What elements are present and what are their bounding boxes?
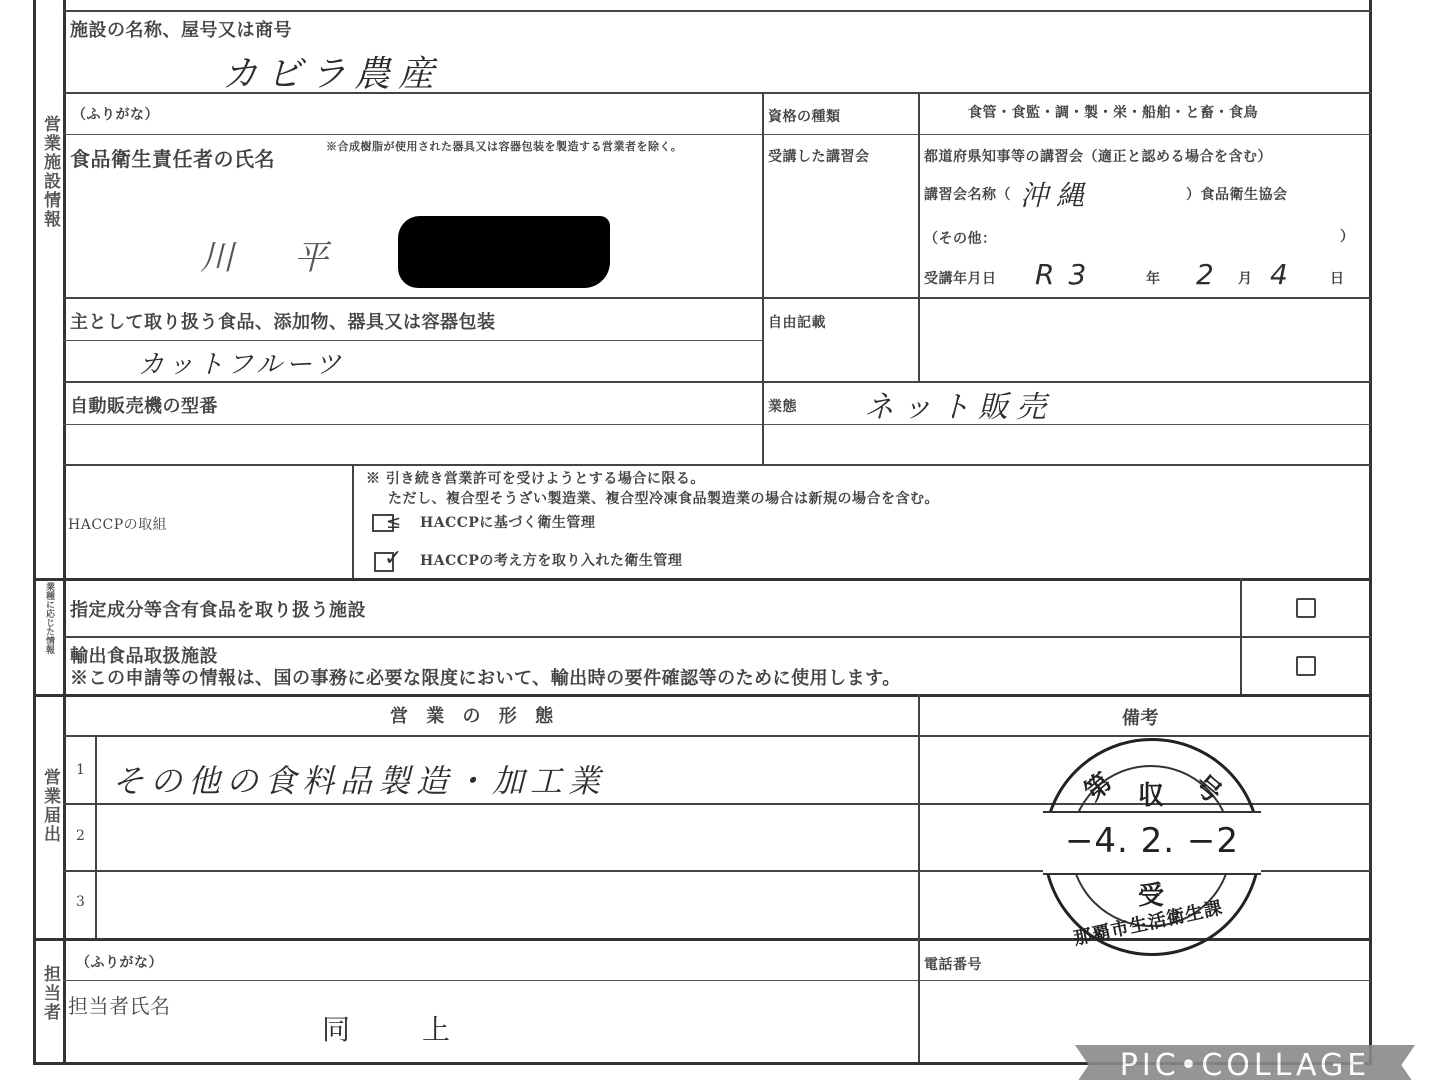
checkmark-icon: ✓ — [384, 546, 402, 571]
course-label: 受講した講習会 — [768, 146, 870, 166]
free-entry-field[interactable] — [922, 300, 1368, 380]
pic-collage-watermark: PIC•COLLAGE — [1075, 1045, 1415, 1080]
course-date-year-value[interactable]: R3 — [1035, 258, 1100, 291]
vending-machine-label: 自動販売機の型番 — [70, 392, 218, 418]
products-value[interactable]: カットフルーツ — [138, 344, 345, 381]
export-facility-checkbox[interactable] — [1296, 656, 1316, 676]
vending-machine-field[interactable] — [66, 427, 760, 463]
hygiene-manager-note: ※合成樹脂が使用された器具又は容器包装を製造する営業者を除く。 — [326, 140, 754, 153]
section-label-optional-info: 業種に応じた情報 — [43, 582, 56, 654]
section-label-business-notice: 営業届出 — [38, 768, 63, 844]
divider — [63, 381, 1371, 383]
divider — [1240, 578, 1242, 694]
course-desc: 都道府県知事等の講習会（適正と認める場合を含む） — [924, 146, 1272, 166]
course-other-close: ） — [1340, 226, 1355, 246]
business-form-header: 営 業 の 形 態 — [390, 702, 559, 728]
business-form-row-value[interactable] — [98, 806, 916, 868]
divider — [95, 735, 97, 938]
course-date-day-label: 日 — [1330, 268, 1345, 288]
designated-ingredients-checkbox[interactable] — [1296, 598, 1316, 618]
divider — [918, 694, 920, 1062]
divider — [918, 92, 920, 381]
divider — [33, 578, 1371, 581]
course-date-label: 受講年月日 — [924, 268, 997, 288]
contact-furigana-label: （ふりがな） — [76, 952, 163, 972]
course-date-year-label: 年 — [1146, 268, 1161, 288]
haccp-option-2-label: HACCPの考え方を取り入れた衛生管理 — [420, 550, 682, 570]
free-entry-label: 自由記載 — [768, 312, 826, 332]
business-form-row-num: 3 — [76, 894, 85, 910]
section-label-contact-person: 担当者 — [38, 965, 63, 1022]
divider — [33, 694, 1371, 697]
course-name-value[interactable]: 沖縄 — [1020, 174, 1092, 214]
reception-stamp: −4. 2. −2 第 収 号 受 那覇市生活衛生課 — [1043, 738, 1261, 956]
products-label: 主として取り扱う食品、添加物、器具又は容器包装 — [70, 308, 496, 334]
business-form-row-value[interactable]: その他の食料品製造・加工業 — [112, 756, 606, 802]
contact-name-value[interactable]: 同上 — [322, 1008, 522, 1048]
hygiene-manager-name-label: 食品衛生責任者の氏名 — [70, 143, 275, 172]
course-date-day-value[interactable]: 4 — [1270, 258, 1296, 291]
course-other-label: （その他： — [924, 228, 997, 248]
divider — [63, 297, 1371, 299]
divider — [63, 424, 1371, 425]
facility-name-label: 施設の名称、屋号又は商号 — [70, 16, 292, 42]
section-label-facility-info: 営業施設情報 — [38, 115, 63, 229]
outer-right-border — [1369, 0, 1372, 1064]
course-name-prefix: 講習会名称（ — [924, 184, 1011, 204]
phone-label: 電話番号 — [924, 954, 982, 974]
redaction-mark — [398, 216, 610, 288]
course-date-month-value[interactable]: 2 — [1196, 258, 1222, 291]
qualification-type-options[interactable]: 食管・食監・調・製・栄・船舶・と畜・食鳥 — [968, 102, 1258, 122]
contact-name-label: 担当者氏名 — [68, 990, 171, 1019]
qualification-type-label: 資格の種類 — [768, 106, 841, 126]
business-form-row-value[interactable] — [98, 873, 916, 935]
hygiene-manager-name-value[interactable]: 川平 — [200, 230, 388, 279]
business-form-row-num: 1 — [76, 762, 85, 778]
outer-left-border — [33, 0, 36, 1064]
facility-name-value[interactable]: カビラ農産 — [222, 46, 442, 97]
remarks-header: 備考 — [1122, 704, 1159, 730]
business-type-label: 業態 — [768, 396, 797, 416]
stamp-date: −4. 2. −2 — [1046, 821, 1258, 861]
haccp-option-1-label: HACCPに基づく衛生管理 — [420, 512, 595, 532]
top-line — [63, 10, 1371, 12]
business-form-row-num: 2 — [76, 828, 85, 844]
divider — [352, 464, 354, 578]
course-date-month-label: 月 — [1238, 268, 1253, 288]
divider — [63, 134, 1371, 135]
divider — [762, 92, 764, 464]
divider — [63, 340, 763, 341]
divider — [63, 464, 1371, 466]
export-facility-note: ※この申請等の情報は、国の事務に必要な限度において、輸出時の要件確認等のために使… — [70, 664, 901, 690]
haccp-note-line1: ※ 引き続き営業許可を受けようとする場合に限る。 — [366, 468, 705, 488]
course-name-suffix: ）食品衛生協会 — [1186, 184, 1288, 204]
scribble-mark-icon: ≤ — [386, 512, 401, 533]
divider — [63, 636, 1371, 638]
haccp-label: HACCPの取組 — [68, 514, 167, 534]
business-type-value[interactable]: ネット販売 — [864, 382, 1054, 426]
hygiene-manager-furigana-label: （ふりがな） — [72, 104, 159, 124]
section-column-border — [63, 0, 66, 1064]
designated-ingredients-label: 指定成分等含有食品を取り扱う施設 — [70, 596, 366, 622]
stamp-char-top-center: 収 — [1138, 775, 1164, 812]
divider — [63, 980, 1371, 981]
haccp-note-line2: ただし、複合型そうざい製造業、複合型冷凍食品製造業の場合は新規の場合を含む。 — [388, 488, 939, 508]
divider — [63, 735, 1371, 737]
